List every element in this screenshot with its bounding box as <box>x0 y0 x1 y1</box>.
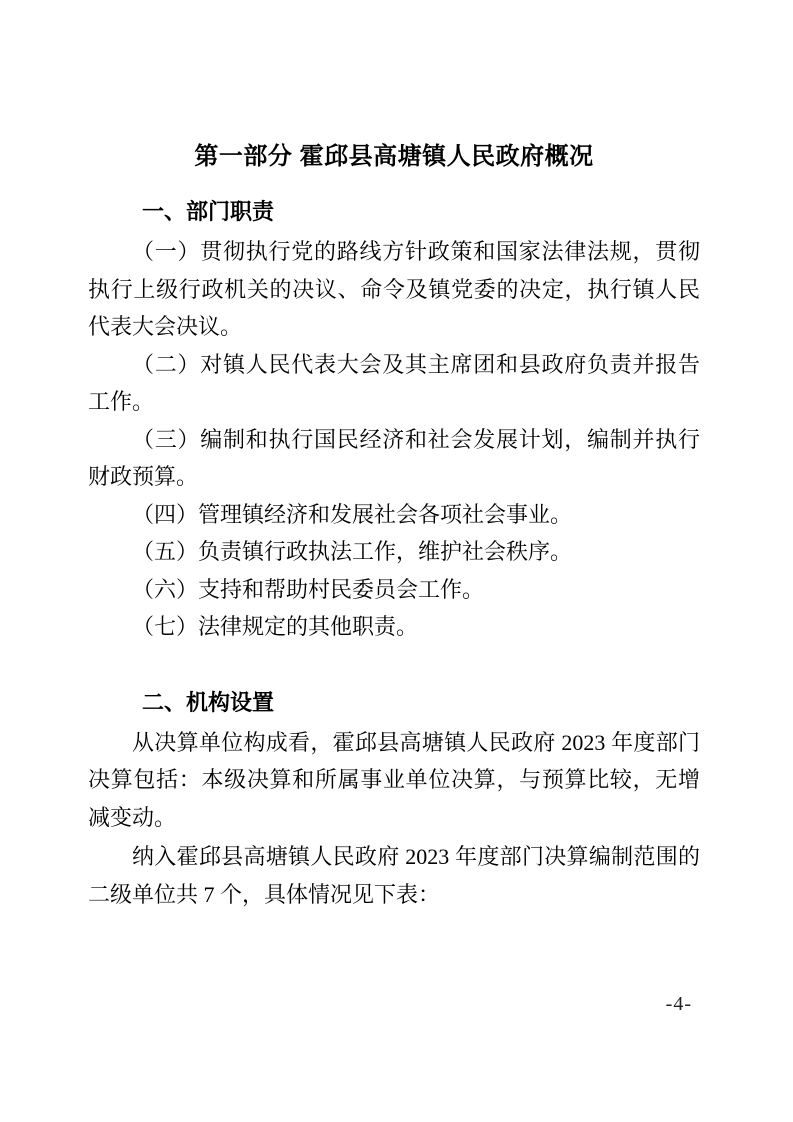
duties-paragraph-5: （五）负责镇行政执法工作，维护社会秩序。 <box>88 533 700 571</box>
organization-paragraph-1: 从决算单位构成看，霍邱县高塘镇人民政府 2023 年度部门决算包括：本级决算和所… <box>88 724 700 837</box>
duties-paragraph-1: （一）贯彻执行党的路线方针政策和国家法律法规，贯彻执行上级行政机关的决议、命令及… <box>88 233 700 346</box>
section-heading-organization-setup: 二、机构设置 <box>88 688 700 718</box>
page-number: -4- <box>88 992 700 1016</box>
duties-paragraph-3: （三）编制和执行国民经济和社会发展计划，编制并执行财政预算。 <box>88 421 700 496</box>
duties-paragraph-6: （六）支持和帮助村民委员会工作。 <box>88 571 700 609</box>
duties-paragraph-4: （四）管理镇经济和发展社会各项社会事业。 <box>88 496 700 534</box>
section-heading-department-duties: 一、部门职责 <box>88 197 700 227</box>
duties-paragraph-7: （七）法律规定的其他职责。 <box>88 608 700 646</box>
organization-paragraph-2: 纳入霍邱县高塘镇人民政府 2023 年度部门决算编制范围的二级单位共 7 个，具… <box>88 838 700 913</box>
duties-paragraph-2: （二）对镇人民代表大会及其主席团和县政府负责并报告工作。 <box>88 346 700 421</box>
document-page: 第一部分 霍邱县高塘镇人民政府概况 一、部门职责 （一）贯彻执行党的路线方针政策… <box>0 0 793 1122</box>
document-title: 第一部分 霍邱县高塘镇人民政府概况 <box>88 140 700 173</box>
document-content: 第一部分 霍邱县高塘镇人民政府概况 一、部门职责 （一）贯彻执行党的路线方针政策… <box>88 140 700 1016</box>
